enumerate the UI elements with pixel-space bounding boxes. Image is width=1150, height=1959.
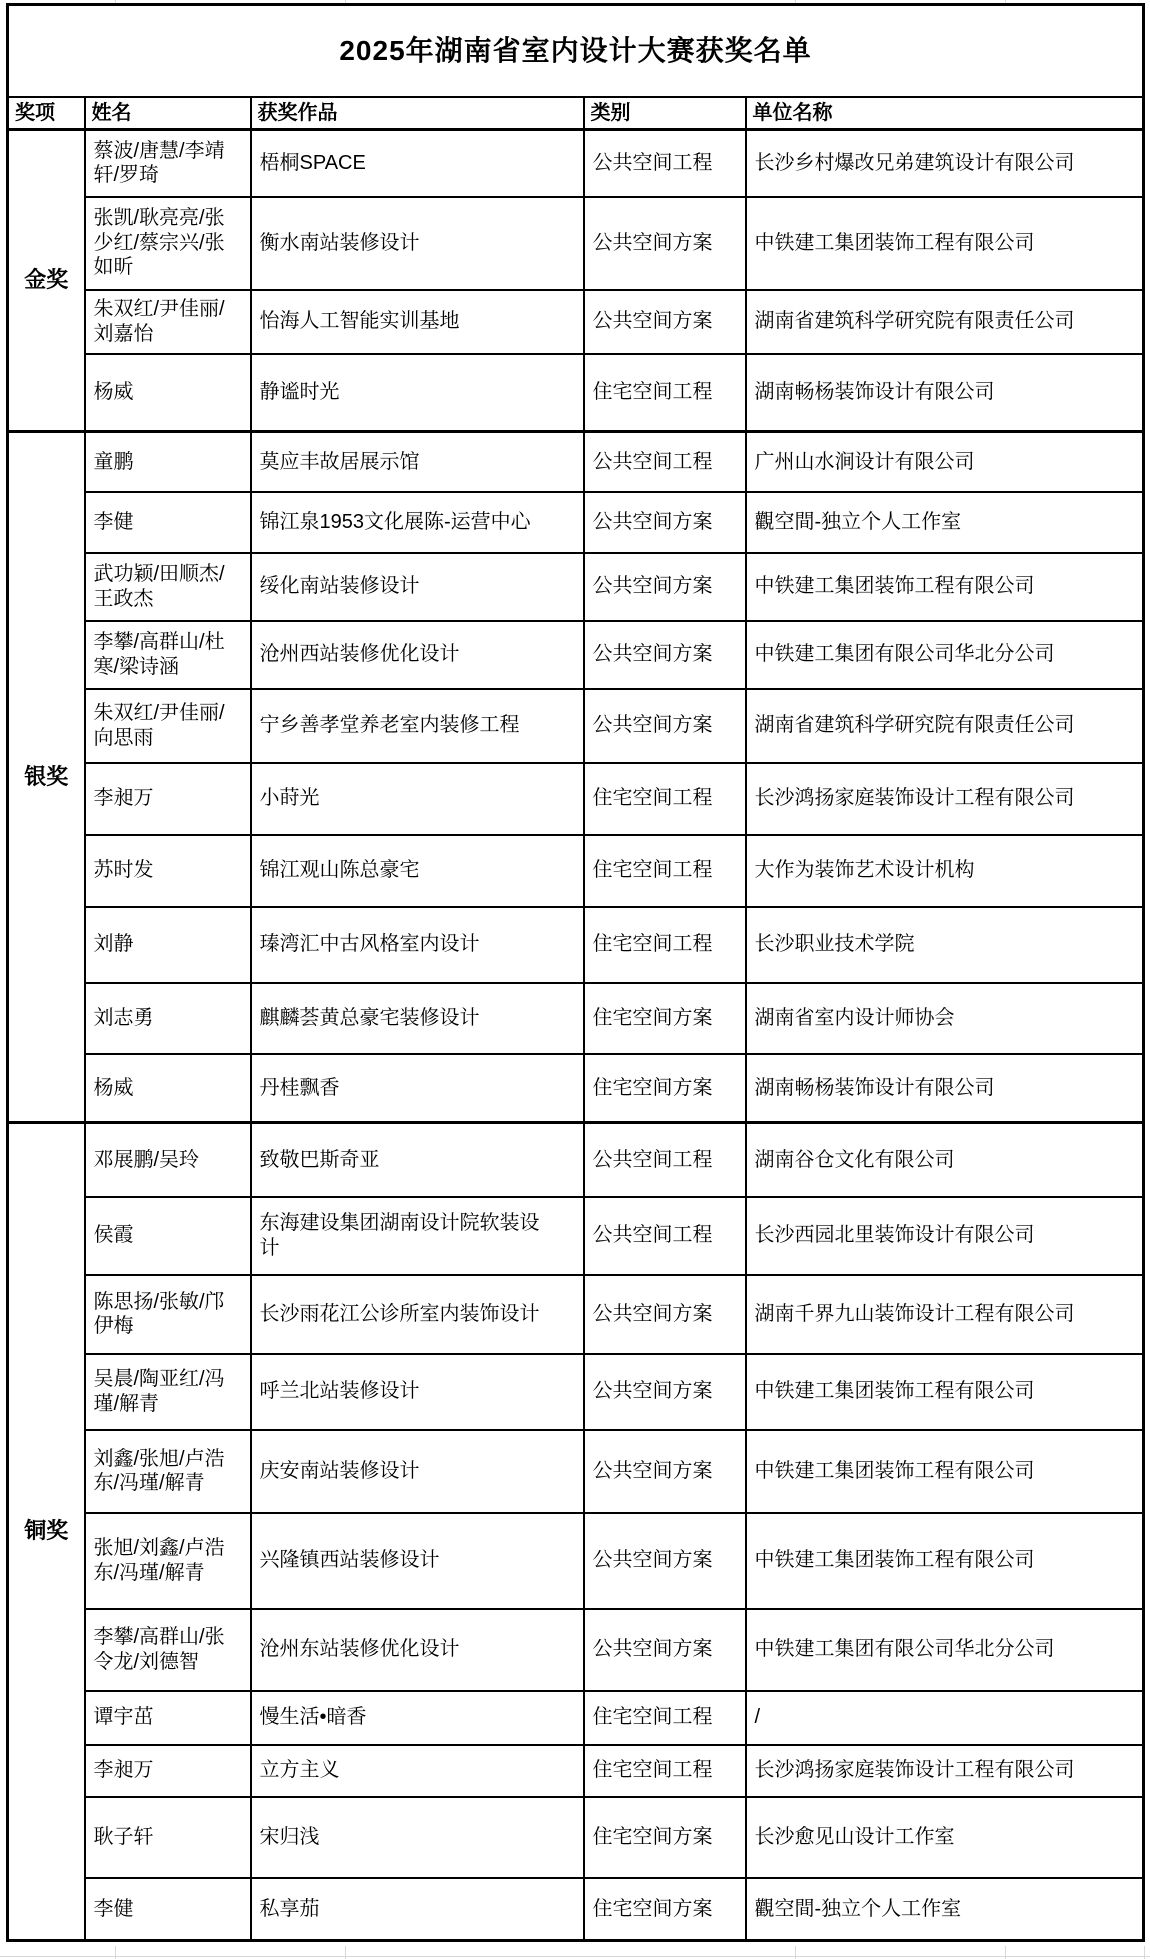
org-cell: /: [746, 1691, 1144, 1745]
work-cell: 锦江泉1953文化展陈-运营中心: [251, 492, 584, 553]
table-row: 刘志勇麒麟荟黄总豪宅装修设计住宅空间方案湖南省室内设计师协会: [8, 983, 1144, 1054]
name-cell: 苏时发: [85, 835, 251, 907]
category-cell: 公共空间工程: [584, 1123, 746, 1197]
title-row: 2025年湖南省室内设计大赛获奖名单: [8, 5, 1144, 97]
award-table: 2025年湖南省室内设计大赛获奖名单奖项姓名获奖作品类别单位名称金奖蔡波/唐慧/…: [6, 3, 1145, 1942]
header-award: 奖项: [8, 97, 85, 130]
name-cell: 刘志勇: [85, 983, 251, 1054]
org-cell: 湖南省建筑科学研究院有限责任公司: [746, 689, 1144, 763]
work-cell: 丹桂飘香: [251, 1054, 584, 1123]
name-cell: 李健: [85, 492, 251, 553]
org-cell: 广州山水涧设计有限公司: [746, 432, 1144, 492]
work-cell: 东海建设集团湖南设计院软装设计: [251, 1197, 584, 1275]
org-cell: 中铁建工集团装饰工程有限公司: [746, 197, 1144, 290]
org-cell: 长沙职业技术学院: [746, 907, 1144, 983]
name-cell: 李健: [85, 1878, 251, 1941]
work-cell: 立方主义: [251, 1745, 584, 1797]
header-name: 姓名: [85, 97, 251, 130]
org-cell: 中铁建工集团有限公司华北分公司: [746, 621, 1144, 689]
name-cell: 刘鑫/张旭/卢浩东/冯瑾/解青: [85, 1430, 251, 1513]
table-row: 侯霞东海建设集团湖南设计院软装设计公共空间工程长沙西园北里装饰设计有限公司: [8, 1197, 1144, 1275]
table-row: 铜奖邓展鹏/吴玲致敬巴斯奇亚公共空间工程湖南谷仓文化有限公司: [8, 1123, 1144, 1197]
category-cell: 公共空间方案: [584, 1275, 746, 1354]
header-work: 获奖作品: [251, 97, 584, 130]
category-cell: 公共空间方案: [584, 621, 746, 689]
org-cell: 湖南省室内设计师协会: [746, 983, 1144, 1054]
sheet-gridline: [115, 1946, 116, 1959]
name-cell: 谭宇茁: [85, 1691, 251, 1745]
name-cell: 吴晨/陶亚红/冯瑾/解青: [85, 1354, 251, 1430]
table-row: 吴晨/陶亚红/冯瑾/解青呼兰北站装修设计公共空间方案中铁建工集团装饰工程有限公司: [8, 1354, 1144, 1430]
page-title: 2025年湖南省室内设计大赛获奖名单: [8, 5, 1144, 97]
table-row: 李昶万小莳光住宅空间工程长沙鸿扬家庭装饰设计工程有限公司: [8, 763, 1144, 835]
org-cell: 觀空間-独立个人工作室: [746, 1878, 1144, 1941]
category-cell: 公共空间方案: [584, 1354, 746, 1430]
category-cell: 住宅空间工程: [584, 907, 746, 983]
table-row: 朱双红/尹佳丽/向思雨宁乡善孝堂养老室内装修工程公共空间方案湖南省建筑科学研究院…: [8, 689, 1144, 763]
table-row: 朱双红/尹佳丽/刘嘉怡怡海人工智能实训基地公共空间方案湖南省建筑科学研究院有限责…: [8, 290, 1144, 354]
table-row: 李健锦江泉1953文化展陈-运营中心公共空间方案觀空間-独立个人工作室: [8, 492, 1144, 553]
org-cell: 湖南畅杨装饰设计有限公司: [746, 1054, 1144, 1123]
work-cell: 绥化南站装修设计: [251, 553, 584, 621]
name-cell: 张旭/刘鑫/卢浩东/冯瑾/解青: [85, 1513, 251, 1609]
org-cell: 湖南省建筑科学研究院有限责任公司: [746, 290, 1144, 354]
category-cell: 公共空间方案: [584, 553, 746, 621]
work-cell: 莫应丰故居展示馆: [251, 432, 584, 492]
category-cell: 公共空间方案: [584, 492, 746, 553]
category-cell: 公共空间方案: [584, 1430, 746, 1513]
work-cell: 沧州东站装修优化设计: [251, 1609, 584, 1691]
name-cell: 李攀/高群山/杜寒/梁诗涵: [85, 621, 251, 689]
table-row: 苏时发锦江观山陈总豪宅住宅空间工程大作为装饰艺术设计机构: [8, 835, 1144, 907]
name-cell: 李攀/高群山/张令龙/刘德智: [85, 1609, 251, 1691]
table-row: 李昶万立方主义住宅空间工程长沙鸿扬家庭装饰设计工程有限公司: [8, 1745, 1144, 1797]
category-cell: 住宅空间方案: [584, 1878, 746, 1941]
award-cell: 金奖: [8, 130, 85, 432]
org-cell: 长沙鸿扬家庭装饰设计工程有限公司: [746, 763, 1144, 835]
table-row: 李健私享茄住宅空间方案觀空間-独立个人工作室: [8, 1878, 1144, 1941]
category-cell: 住宅空间工程: [584, 835, 746, 907]
org-cell: 长沙西园北里装饰设计有限公司: [746, 1197, 1144, 1275]
table-row: 武功颖/田顺杰/王政杰绥化南站装修设计公共空间方案中铁建工集团装饰工程有限公司: [8, 553, 1144, 621]
work-cell: 沧州西站装修优化设计: [251, 621, 584, 689]
org-cell: 中铁建工集团有限公司华北分公司: [746, 1609, 1144, 1691]
name-cell: 张凯/耿亮亮/张少红/蔡宗兴/张如昕: [85, 197, 251, 290]
name-cell: 耿子轩: [85, 1797, 251, 1878]
category-cell: 住宅空间工程: [584, 763, 746, 835]
work-cell: 怡海人工智能实训基地: [251, 290, 584, 354]
table-row: 李攀/高群山/张令龙/刘德智沧州东站装修优化设计公共空间方案中铁建工集团有限公司…: [8, 1609, 1144, 1691]
work-cell: 锦江观山陈总豪宅: [251, 835, 584, 907]
award-cell: 铜奖: [8, 1123, 85, 1941]
table-row: 谭宇茁慢生活•暗香住宅空间工程/: [8, 1691, 1144, 1745]
header-category: 类别: [584, 97, 746, 130]
name-cell: 杨威: [85, 1054, 251, 1123]
work-cell: 庆安南站装修设计: [251, 1430, 584, 1513]
award-cell: 银奖: [8, 432, 85, 1123]
table-row: 陈思扬/张敏/邝伊梅长沙雨花江公诊所室内装饰设计公共空间方案湖南千界九山装饰设计…: [8, 1275, 1144, 1354]
work-cell: 慢生活•暗香: [251, 1691, 584, 1745]
category-cell: 住宅空间方案: [584, 983, 746, 1054]
name-cell: 陈思扬/张敏/邝伊梅: [85, 1275, 251, 1354]
category-cell: 公共空间工程: [584, 432, 746, 492]
org-cell: 中铁建工集团装饰工程有限公司: [746, 1430, 1144, 1513]
work-cell: 致敬巴斯奇亚: [251, 1123, 584, 1197]
table-row: 张旭/刘鑫/卢浩东/冯瑾/解青兴隆镇西站装修设计公共空间方案中铁建工集团装饰工程…: [8, 1513, 1144, 1609]
table-row: 刘静瑧湾汇中古风格室内设计住宅空间工程长沙职业技术学院: [8, 907, 1144, 983]
work-cell: 兴隆镇西站装修设计: [251, 1513, 584, 1609]
org-cell: 中铁建工集团装饰工程有限公司: [746, 1354, 1144, 1430]
work-cell: 梧桐SPACE: [251, 130, 584, 197]
sheet-gridline: [1144, 1946, 1145, 1959]
work-cell: 宁乡善孝堂养老室内装修工程: [251, 689, 584, 763]
name-cell: 朱双红/尹佳丽/刘嘉怡: [85, 290, 251, 354]
sheet-gridline: [1005, 1946, 1006, 1959]
work-cell: 衡水南站装修设计: [251, 197, 584, 290]
name-cell: 童鹏: [85, 432, 251, 492]
name-cell: 侯霞: [85, 1197, 251, 1275]
category-cell: 公共空间方案: [584, 197, 746, 290]
category-cell: 公共空间方案: [584, 689, 746, 763]
table-row: 银奖童鹏莫应丰故居展示馆公共空间工程广州山水涧设计有限公司: [8, 432, 1144, 492]
header-row: 奖项姓名获奖作品类别单位名称: [8, 97, 1144, 130]
org-cell: 湖南谷仓文化有限公司: [746, 1123, 1144, 1197]
name-cell: 蔡波/唐慧/李靖轩/罗琦: [85, 130, 251, 197]
work-cell: 小莳光: [251, 763, 584, 835]
work-cell: 呼兰北站装修设计: [251, 1354, 584, 1430]
table-row: 李攀/高群山/杜寒/梁诗涵沧州西站装修优化设计公共空间方案中铁建工集团有限公司华…: [8, 621, 1144, 689]
work-cell: 瑧湾汇中古风格室内设计: [251, 907, 584, 983]
org-cell: 长沙鸿扬家庭装饰设计工程有限公司: [746, 1745, 1144, 1797]
category-cell: 住宅空间方案: [584, 1054, 746, 1123]
org-cell: 长沙愈见山设计工作室: [746, 1797, 1144, 1878]
work-cell: 宋归浅: [251, 1797, 584, 1878]
org-cell: 觀空間-独立个人工作室: [746, 492, 1144, 553]
table-row: 金奖蔡波/唐慧/李靖轩/罗琦梧桐SPACE公共空间工程长沙乡村爆改兄弟建筑设计有…: [8, 130, 1144, 197]
name-cell: 邓展鹏/吴玲: [85, 1123, 251, 1197]
org-cell: 中铁建工集团装饰工程有限公司: [746, 553, 1144, 621]
work-cell: 私享茄: [251, 1878, 584, 1941]
category-cell: 住宅空间工程: [584, 1745, 746, 1797]
table-row: 张凯/耿亮亮/张少红/蔡宗兴/张如昕衡水南站装修设计公共空间方案中铁建工集团装饰…: [8, 197, 1144, 290]
sheet-gridline: [0, 1956, 1150, 1957]
name-cell: 武功颖/田顺杰/王政杰: [85, 553, 251, 621]
category-cell: 公共空间工程: [584, 1197, 746, 1275]
org-cell: 中铁建工集团装饰工程有限公司: [746, 1513, 1144, 1609]
org-cell: 长沙乡村爆改兄弟建筑设计有限公司: [746, 130, 1144, 197]
org-cell: 湖南千界九山装饰设计工程有限公司: [746, 1275, 1144, 1354]
name-cell: 李昶万: [85, 763, 251, 835]
work-cell: 静谧时光: [251, 354, 584, 432]
category-cell: 住宅空间方案: [584, 1797, 746, 1878]
work-cell: 长沙雨花江公诊所室内装饰设计: [251, 1275, 584, 1354]
category-cell: 公共空间方案: [584, 1513, 746, 1609]
name-cell: 朱双红/尹佳丽/向思雨: [85, 689, 251, 763]
table-row: 耿子轩宋归浅住宅空间方案长沙愈见山设计工作室: [8, 1797, 1144, 1878]
table-row: 杨威静谧时光住宅空间工程湖南畅杨装饰设计有限公司: [8, 354, 1144, 432]
work-cell: 麒麟荟黄总豪宅装修设计: [251, 983, 584, 1054]
org-cell: 湖南畅杨装饰设计有限公司: [746, 354, 1144, 432]
category-cell: 住宅空间工程: [584, 354, 746, 432]
org-cell: 大作为装饰艺术设计机构: [746, 835, 1144, 907]
name-cell: 李昶万: [85, 1745, 251, 1797]
table-row: 杨威丹桂飘香住宅空间方案湖南畅杨装饰设计有限公司: [8, 1054, 1144, 1123]
category-cell: 公共空间方案: [584, 290, 746, 354]
category-cell: 住宅空间工程: [584, 1691, 746, 1745]
name-cell: 刘静: [85, 907, 251, 983]
header-org: 单位名称: [746, 97, 1144, 130]
name-cell: 杨威: [85, 354, 251, 432]
table-row: 刘鑫/张旭/卢浩东/冯瑾/解青庆安南站装修设计公共空间方案中铁建工集团装饰工程有…: [8, 1430, 1144, 1513]
sheet-gridline: [345, 1946, 346, 1959]
category-cell: 公共空间工程: [584, 130, 746, 197]
category-cell: 公共空间方案: [584, 1609, 746, 1691]
sheet-gridline: [795, 1946, 796, 1959]
